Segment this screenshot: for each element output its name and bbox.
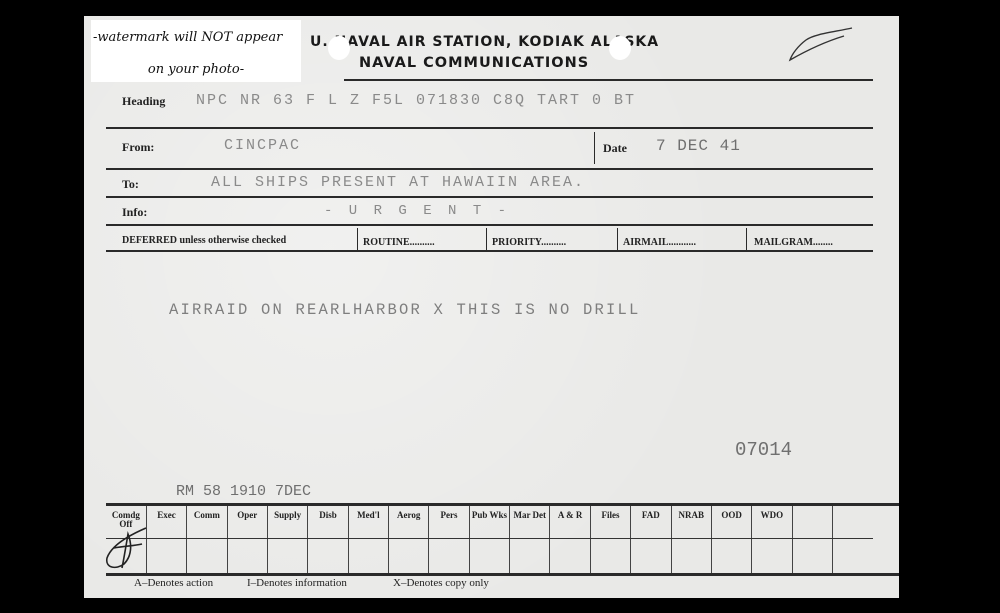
routing-bottom-rule — [106, 573, 899, 576]
divider — [106, 250, 873, 252]
naval-message-form: -watermark will NOT appear on your photo… — [84, 16, 899, 598]
watermark-line-1: -watermark will NOT appear — [91, 30, 303, 45]
routing-cell — [389, 539, 429, 575]
routing-table: Comdg Off Exec Comm Oper Supply Disb Med… — [106, 506, 873, 574]
from-value: CINCPAC — [224, 137, 301, 154]
divider — [746, 228, 747, 250]
routing-col-wdo: WDO — [752, 506, 792, 539]
routing-col-oper: Oper — [227, 506, 267, 539]
routing-col-medl: Med'l — [348, 506, 388, 539]
routing-cell — [227, 539, 267, 575]
from-label: From: — [122, 140, 154, 155]
priority-option: PRIORITY.......... — [492, 237, 566, 248]
divider — [106, 224, 873, 226]
to-value: ALL SHIPS PRESENT AT HAWAIIN AREA. — [211, 174, 585, 191]
form-title-communications: NAVAL COMMUNICATIONS — [359, 55, 589, 71]
info-value: - U R G E N T - — [324, 203, 510, 219]
watermark-line-2: on your photo- — [91, 62, 301, 77]
divider — [594, 132, 595, 164]
date-label: Date — [603, 141, 627, 156]
header-rule — [344, 79, 873, 81]
watermark-overlay: -watermark will NOT appear on your photo… — [91, 20, 301, 82]
routing-cell — [671, 539, 711, 575]
legend-information: I–Denotes information — [247, 577, 347, 589]
routing-col-blank — [832, 506, 873, 539]
receipt-stamp: RM 58 1910 7DEC — [176, 483, 311, 500]
divider — [617, 228, 618, 250]
deferred-label: DEFERRED unless otherwise checked — [122, 235, 286, 246]
info-label: Info: — [122, 205, 147, 220]
routing-cell — [550, 539, 590, 575]
routing-col-ood: OOD — [711, 506, 751, 539]
legend-action: A–Denotes action — [134, 577, 213, 589]
routing-cell — [832, 539, 873, 575]
routing-cell — [590, 539, 630, 575]
initials-mark-icon — [784, 24, 859, 64]
routing-cell — [429, 539, 469, 575]
routing-cell — [752, 539, 792, 575]
message-number: 07014 — [735, 439, 792, 461]
airmail-option: AIRMAIL........... — [623, 237, 696, 248]
routing-cell — [469, 539, 509, 575]
routine-option: ROUTINE.......... — [363, 237, 435, 248]
routing-cell — [146, 539, 186, 575]
routing-cell — [631, 539, 671, 575]
routing-cell — [711, 539, 751, 575]
routing-col-pub-wks: Pub Wks — [469, 506, 509, 539]
routing-col-supply: Supply — [267, 506, 307, 539]
routing-cell — [348, 539, 388, 575]
divider — [357, 228, 358, 250]
divider — [486, 228, 487, 250]
date-value: 7 DEC 41 — [656, 137, 741, 155]
mailgram-option: MAILGRAM........ — [754, 237, 833, 248]
divider — [106, 196, 873, 198]
heading-value: NPC NR 63 F L Z F5L 071830 C8Q TART 0 BT — [196, 92, 636, 109]
routing-col-comm: Comm — [187, 506, 227, 539]
routing-header-row: Comdg Off Exec Comm Oper Supply Disb Med… — [106, 506, 873, 539]
routing-cell — [308, 539, 348, 575]
routing-col-fad: FAD — [631, 506, 671, 539]
form-title-station: U. NAVAL AIR STATION, KODIAK ALASKA — [310, 34, 659, 50]
to-label: To: — [122, 177, 139, 192]
routing-cell — [510, 539, 550, 575]
routing-col-exec: Exec — [146, 506, 186, 539]
message-body: AIRRAID ON REARLHARBOR X THIS IS NO DRIL… — [169, 301, 641, 319]
divider — [106, 168, 873, 170]
routing-col-nrab: NRAB — [671, 506, 711, 539]
legend-copy: X–Denotes copy only — [393, 577, 489, 589]
handwritten-initial-icon — [102, 524, 152, 572]
divider — [106, 127, 873, 129]
routing-col-disb: Disb — [308, 506, 348, 539]
punch-hole-blot — [609, 36, 631, 60]
heading-label: Heading — [122, 94, 165, 109]
routing-col-a-and-r: A & R — [550, 506, 590, 539]
routing-cell — [187, 539, 227, 575]
routing-col-mar-det: Mar Det — [510, 506, 550, 539]
routing-mark-row — [106, 539, 873, 575]
routing-col-files: Files — [590, 506, 630, 539]
routing-cell — [792, 539, 832, 575]
routing-cell — [267, 539, 307, 575]
routing-col-aerog: Aerog — [389, 506, 429, 539]
punch-hole-blot — [328, 36, 350, 60]
routing-col-blank — [792, 506, 832, 539]
routing-col-pers: Pers — [429, 506, 469, 539]
